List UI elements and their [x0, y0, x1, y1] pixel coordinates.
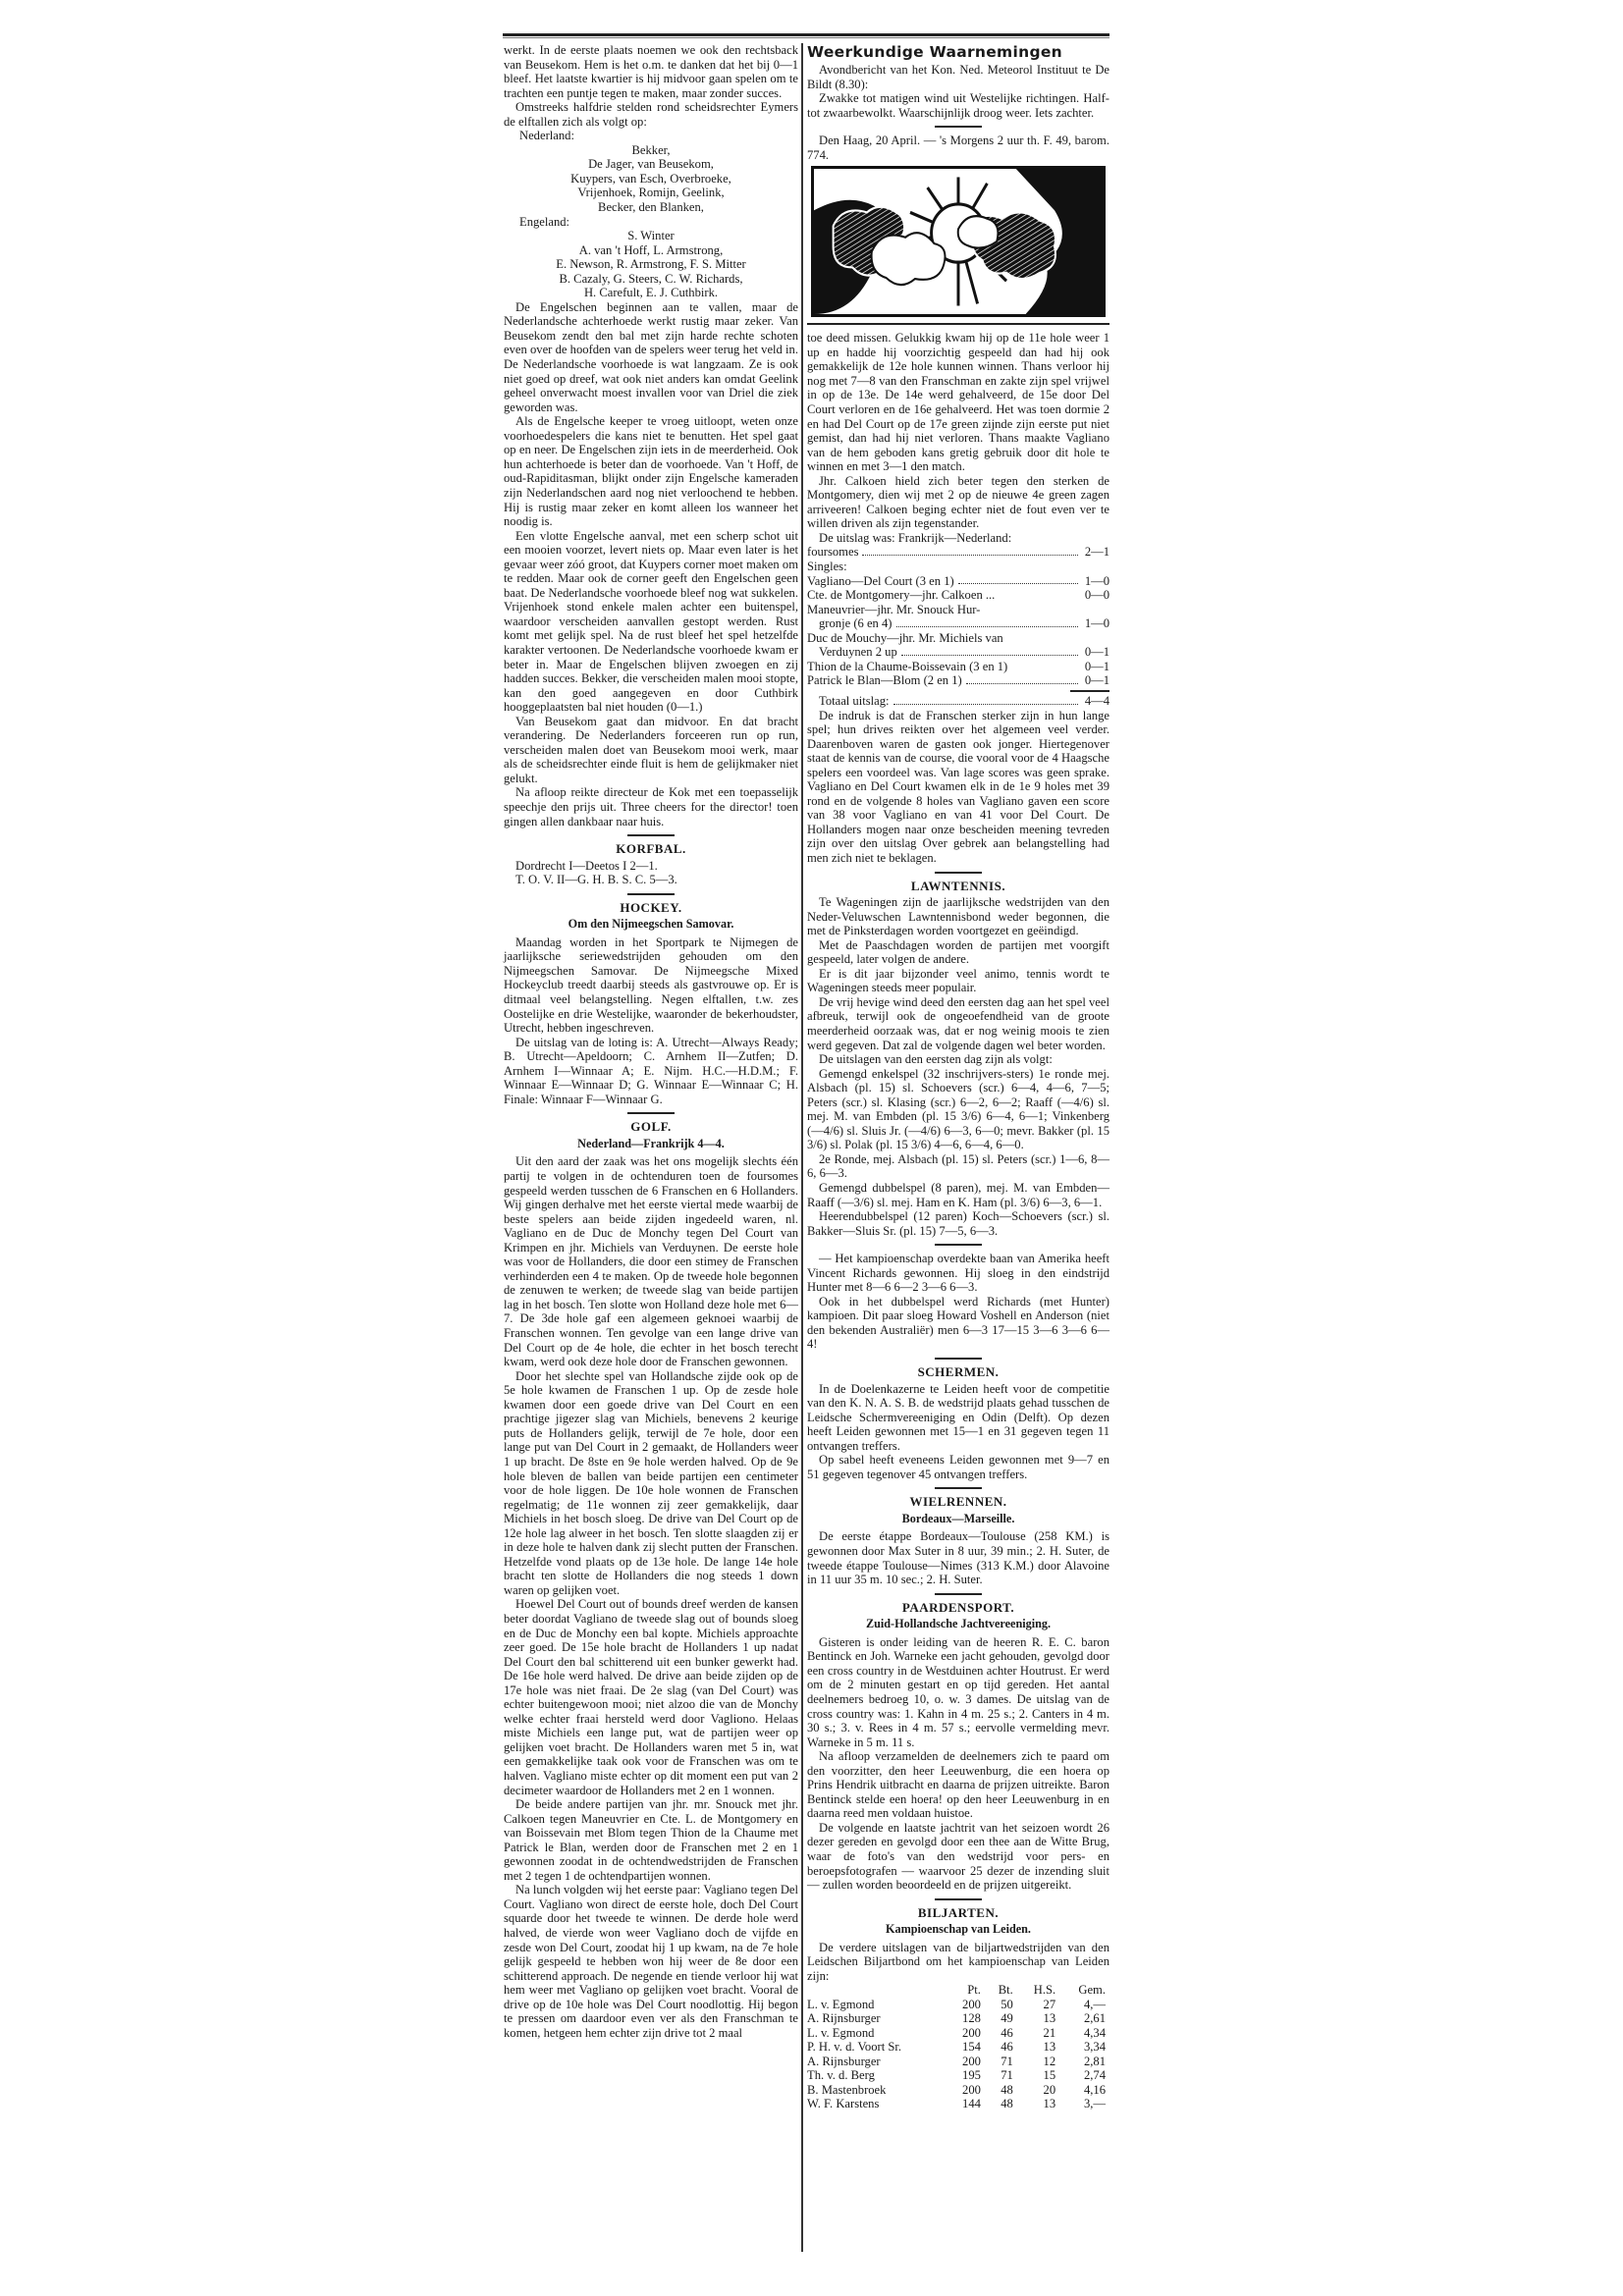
- weather-title: Weerkundige Waarnemingen: [807, 43, 1109, 61]
- player-name-cell: A. Rijnsburger: [807, 2055, 947, 2069]
- stat-cell: 3,—: [1059, 2097, 1109, 2111]
- lineup-nederland: Bekker, De Jager, van Beusekom, Kuypers,…: [504, 143, 798, 215]
- paragraph: Op sabel heeft eveneens Leiden gewonnen …: [807, 1453, 1109, 1481]
- table-row: Th. v. d. Berg19571152,74: [807, 2068, 1109, 2083]
- paragraph: toe deed missen. Gelukkig kwam hij op de…: [807, 331, 1109, 473]
- paragraph: Als de Engelsche keeper te vroeg uitloop…: [504, 414, 798, 528]
- result-label: Verduynen 2 up: [819, 645, 897, 660]
- golf-continued-section: toe deed missen. Gelukkig kwam hij op de…: [807, 331, 1109, 865]
- result-score: 1—0: [1082, 574, 1109, 589]
- lineup-line: H. Carefult, E. J. Cuthbirk.: [504, 286, 798, 300]
- top-rule: [503, 33, 1109, 36]
- table-row: A. Rijnsburger20071122,81: [807, 2055, 1109, 2069]
- lineup-line: E. Newson, R. Armstrong, F. S. Mitter: [504, 257, 798, 272]
- paragraph: Omstreeks halfdrie stelden rond scheidsr…: [504, 100, 798, 129]
- right-column: Weerkundige Waarnemingen Avondbericht va…: [807, 43, 1109, 2111]
- section-rule: [935, 872, 982, 874]
- stat-cell: 200: [947, 2083, 985, 2098]
- lineup-line: A. van 't Hoff, L. Armstrong,: [504, 243, 798, 258]
- paragraph: De Engelschen beginnen aan te vallen, ma…: [504, 300, 798, 414]
- section-subheading: Nederland—Frankrijk 4—4.: [504, 1137, 798, 1151]
- paragraph: De uitslag van de loting is: A. Utrecht—…: [504, 1036, 798, 1107]
- section-rule: [935, 1244, 982, 1246]
- result-row: Vagliano—Del Court (3 en 1)1—0: [807, 574, 1109, 589]
- leader-dots: [901, 645, 1078, 656]
- stat-cell: 12: [1017, 2055, 1059, 2069]
- newspaper-page: werkt. In de eerste plaats noemen we ook…: [501, 29, 1111, 2268]
- column-divider: [801, 43, 803, 2252]
- player-name-cell: P. H. v. d. Voort Sr.: [807, 2040, 947, 2055]
- section-heading: SCHERMEN.: [807, 1365, 1109, 1380]
- result-label: Patrick le Blan—Blom (2 en 1): [807, 673, 962, 688]
- result-score: 0—1: [1082, 673, 1109, 688]
- result-label: Maneuvrier—jhr. Mr. Snouck Hur-: [807, 603, 980, 617]
- paragraph: De indruk is dat de Franschen sterker zi…: [807, 709, 1109, 866]
- result-label: Cte. de Montgomery—jhr. Calkoen ...: [807, 588, 995, 603]
- section-heading: GOLF.: [504, 1120, 798, 1135]
- player-name-cell: Th. v. d. Berg: [807, 2068, 947, 2083]
- paragraph: In de Doelenkazerne te Leiden heeft voor…: [807, 1382, 1109, 1454]
- result-row: Cte. de Montgomery—jhr. Calkoen ...0—0: [807, 588, 1109, 603]
- table-row: L. v. Egmond20050274,—: [807, 1998, 1109, 2012]
- stat-cell: 195: [947, 2068, 985, 2083]
- stat-cell: 13: [1017, 2011, 1059, 2026]
- paragraph: Er is dit jaar bijzonder veel animo, ten…: [807, 967, 1109, 995]
- paragraph: De beide andere partijen van jhr. mr. Sn…: [504, 1797, 798, 1883]
- player-name-cell: L. v. Egmond: [807, 2026, 947, 2041]
- lineup-line: Kuypers, van Esch, Overbroeke,: [504, 172, 798, 187]
- paragraph: Van Beusekom gaat dan midvoor. En dat br…: [504, 715, 798, 786]
- section-subheading: Zuid-Hollandsche Jachtvereeniging.: [807, 1617, 1109, 1631]
- result-row: Verduynen 2 up0—1: [807, 645, 1109, 660]
- result-score: 1—0: [1082, 616, 1109, 631]
- paragraph: werkt. In de eerste plaats noemen we ook…: [504, 43, 798, 100]
- stat-cell: 4,34: [1059, 2026, 1109, 2041]
- result-score: 0—1: [1082, 660, 1109, 674]
- paragraph: Heerendubbelspel (12 paren) Koch—Schoeve…: [807, 1209, 1109, 1238]
- table-row: A. Rijnsburger12849132,61: [807, 2011, 1109, 2026]
- section-rule: [627, 1112, 675, 1114]
- weather-section: Weerkundige Waarnemingen Avondbericht va…: [807, 43, 1109, 325]
- stat-cell: 4,—: [1059, 1998, 1109, 2012]
- column-header: Gem.: [1059, 1983, 1109, 1998]
- player-name-cell: B. Mastenbroek: [807, 2083, 947, 2098]
- leader-dots: [893, 694, 1078, 705]
- column-header: Bt.: [985, 1983, 1017, 1998]
- stat-cell: 50: [985, 1998, 1017, 2012]
- table-body: L. v. Egmond20050274,—A. Rijnsburger1284…: [807, 1998, 1109, 2111]
- leader-dots: [958, 574, 1078, 585]
- column-header: Pt.: [947, 1983, 985, 1998]
- total-row: Totaal uitslag:4—4: [807, 694, 1109, 709]
- leader-dots: [862, 545, 1078, 556]
- lineup-line: Bekker,: [504, 143, 798, 158]
- table-row: W. F. Karstens14448133,—: [807, 2097, 1109, 2111]
- result-row: Thion de la Chaume-Boissevain (3 en 1)0—…: [807, 660, 1109, 674]
- left-column: werkt. In de eerste plaats noemen we ook…: [504, 43, 798, 2040]
- biljarten-section: BILJARTEN. Kampioenschap van Leiden. De …: [807, 1906, 1109, 2111]
- section-rule: [935, 126, 982, 128]
- result-line: Dordrecht I—Deetos I 2—1.: [504, 859, 798, 874]
- paragraph: De volgende en laatste jachtrit van het …: [807, 1821, 1109, 1893]
- paragraph: Zwakke tot matigen wind uit Westelijke r…: [807, 91, 1109, 120]
- leader-dots: [966, 673, 1078, 684]
- table-row: B. Mastenbroek20048204,16: [807, 2083, 1109, 2098]
- stat-cell: 20: [1017, 2083, 1059, 2098]
- stat-cell: 2,61: [1059, 2011, 1109, 2026]
- paragraph: Gemengd dubbelspel (8 paren), mej. M. va…: [807, 1181, 1109, 1209]
- stat-cell: 48: [985, 2083, 1017, 2098]
- total-rule: [1070, 690, 1109, 692]
- result-label: Duc de Mouchy—jhr. Mr. Michiels van: [807, 631, 1003, 646]
- paragraph: Door het slechte spel van Hollandsche zi…: [504, 1369, 798, 1598]
- paragraph: Een vlotte Engelsche aanval, met een sch…: [504, 529, 798, 715]
- result-score: 0—1: [1082, 645, 1109, 660]
- stat-cell: 144: [947, 2097, 985, 2111]
- paragraph: Met de Paaschdagen worden de partijen me…: [807, 938, 1109, 967]
- section-heading: PAARDENSPORT.: [807, 1601, 1109, 1616]
- player-name-cell: A. Rijnsburger: [807, 2011, 947, 2026]
- biljart-results-table: Pt. Bt. H.S. Gem. L. v. Egmond20050274,—…: [807, 1983, 1109, 2111]
- result-row: Maneuvrier—jhr. Mr. Snouck Hur-: [807, 603, 1109, 617]
- section-heading: HOCKEY.: [504, 901, 798, 916]
- wielrennen-section: WIELRENNEN. Bordeaux—Marseille. De eerst…: [807, 1495, 1109, 1586]
- paragraph: Te Wageningen zijn de jaarlijksche wedst…: [807, 895, 1109, 938]
- section-subheading: Bordeaux—Marseille.: [807, 1512, 1109, 1526]
- paragraph: De verdere uitslagen van de biljartwedst…: [807, 1941, 1109, 1984]
- result-label: Thion de la Chaume-Boissevain (3 en 1): [807, 660, 1007, 674]
- paragraph: Avondbericht van het Kon. Ned. Meteorol …: [807, 63, 1109, 91]
- lawntennis-section: LAWNTENNIS. Te Wageningen zijn de jaarli…: [807, 880, 1109, 1353]
- section-rule: [627, 834, 675, 836]
- stat-cell: 4,16: [1059, 2083, 1109, 2098]
- column-header: H.S.: [1017, 1983, 1059, 1998]
- lineup-label-nederland: Nederland:: [508, 129, 798, 143]
- result-row: Patrick le Blan—Blom (2 en 1)0—1: [807, 673, 1109, 688]
- stat-cell: 3,34: [1059, 2040, 1109, 2055]
- sun-clouds-icon: [814, 169, 1103, 314]
- section-subheading: Om den Nijmeegschen Samovar.: [504, 917, 798, 932]
- stat-cell: 200: [947, 2026, 985, 2041]
- section-rule: [627, 893, 675, 895]
- weather-observation: Den Haag, 20 April. — 's Morgens 2 uur t…: [807, 133, 1109, 162]
- hockey-section: HOCKEY. Om den Nijmeegschen Samovar. Maa…: [504, 901, 798, 1107]
- paragraph: 2e Ronde, mej. Alsbach (pl. 15) sl. Pete…: [807, 1152, 1109, 1181]
- paragraph: Na afloop reikte directeur de Kok met ee…: [504, 785, 798, 828]
- result-score: 2—1: [1082, 545, 1109, 560]
- result-row: Singles:: [807, 560, 1109, 574]
- golf-section: GOLF. Nederland—Frankrijk 4—4. Uit den a…: [504, 1120, 798, 2040]
- result-row: foursomes2—1: [807, 545, 1109, 560]
- lineup-line: Becker, den Blanken,: [504, 200, 798, 215]
- korfbal-section: KORFBAL. Dordrecht I—Deetos I 2—1. T. O.…: [504, 842, 798, 887]
- lineup-label-engeland: Engeland:: [508, 215, 798, 230]
- weather-illustration: [811, 166, 1106, 317]
- column-header: [807, 1983, 947, 1998]
- player-name-cell: L. v. Egmond: [807, 1998, 947, 2012]
- paragraph: Gemengd enkelspel (32 inschrijvers-sters…: [807, 1067, 1109, 1152]
- stat-cell: 15: [1017, 2068, 1059, 2083]
- table-row: L. v. Egmond20046214,34: [807, 2026, 1109, 2041]
- section-heading: BILJARTEN.: [807, 1906, 1109, 1921]
- section-rule: [935, 1898, 982, 1900]
- stat-cell: 71: [985, 2055, 1017, 2069]
- section-rule-full: [807, 323, 1109, 325]
- stat-cell: 46: [985, 2040, 1017, 2055]
- result-label: foursomes: [807, 545, 858, 560]
- paragraph: De eerste étappe Bordeaux—Toulouse (258 …: [807, 1529, 1109, 1586]
- golf-results: foursomes2—1 Singles: Vagliano—Del Court…: [807, 545, 1109, 708]
- result-score: 0—0: [1082, 588, 1109, 603]
- table-header-row: Pt. Bt. H.S. Gem.: [807, 1983, 1109, 1998]
- section-rule: [935, 1487, 982, 1489]
- paragraph: Na afloop verzamelden de deelnemers zich…: [807, 1749, 1109, 1821]
- lineup-engeland: S. Winter A. van 't Hoff, L. Armstrong, …: [504, 229, 798, 300]
- player-name-cell: W. F. Karstens: [807, 2097, 947, 2111]
- stat-cell: 200: [947, 2055, 985, 2069]
- lineup-line: B. Cazaly, G. Steers, C. W. Richards,: [504, 272, 798, 287]
- stat-cell: 154: [947, 2040, 985, 2055]
- paragraph: — Het kampioenschap overdekte baan van A…: [807, 1252, 1109, 1295]
- leader-dots: [896, 616, 1079, 627]
- paragraph: Maandag worden in het Sportpark te Nijme…: [504, 935, 798, 1036]
- stat-cell: 13: [1017, 2040, 1059, 2055]
- stat-cell: 2,81: [1059, 2055, 1109, 2069]
- result-line: T. O. V. II—G. H. B. S. C. 5—3.: [504, 873, 798, 887]
- paragraph: Na lunch volgden wij het eerste paar: Va…: [504, 1883, 798, 2040]
- lineup-line: De Jager, van Beusekom,: [504, 157, 798, 172]
- results-intro: De uitslag was: Frankrijk—Nederland:: [807, 531, 1109, 546]
- result-row: gronje (6 en 4)1—0: [807, 616, 1109, 631]
- paragraph: Ook in het dubbelspel werd Richards (met…: [807, 1295, 1109, 1352]
- table-row: P. H. v. d. Voort Sr.15446133,34: [807, 2040, 1109, 2055]
- stat-cell: 49: [985, 2011, 1017, 2026]
- section-heading: LAWNTENNIS.: [807, 880, 1109, 894]
- section-rule: [935, 1593, 982, 1595]
- result-label: gronje (6 en 4): [819, 616, 893, 631]
- stat-cell: 200: [947, 1998, 985, 2012]
- stat-cell: 128: [947, 2011, 985, 2026]
- total-score: 4—4: [1082, 694, 1109, 709]
- lineup-line: Vrijenhoek, Romijn, Geelink,: [504, 186, 798, 200]
- paragraph: Uit den aard der zaak was het ons mogeli…: [504, 1154, 798, 1368]
- paragraph: Hoewel Del Court out of bounds dreef wer…: [504, 1597, 798, 1797]
- result-label: Vagliano—Del Court (3 en 1): [807, 574, 954, 589]
- stat-cell: 48: [985, 2097, 1017, 2111]
- football-report: werkt. In de eerste plaats noemen we ook…: [504, 43, 798, 828]
- section-heading: WIELRENNEN.: [807, 1495, 1109, 1510]
- result-row: Duc de Mouchy—jhr. Mr. Michiels van: [807, 631, 1109, 646]
- schermen-section: SCHERMEN. In de Doelenkazerne te Leiden …: [807, 1365, 1109, 1481]
- total-label: Totaal uitslag:: [819, 694, 890, 709]
- stat-cell: 71: [985, 2068, 1017, 2083]
- paragraph: Gisteren is onder leiding van de heeren …: [807, 1635, 1109, 1749]
- top-rule-thin: [503, 37, 1109, 38]
- stat-cell: 21: [1017, 2026, 1059, 2041]
- stat-cell: 27: [1017, 1998, 1059, 2012]
- stat-cell: 2,74: [1059, 2068, 1109, 2083]
- stat-cell: 46: [985, 2026, 1017, 2041]
- lineup-line: S. Winter: [504, 229, 798, 243]
- section-heading: KORFBAL.: [504, 842, 798, 857]
- stat-cell: 13: [1017, 2097, 1059, 2111]
- result-label: Singles:: [807, 560, 847, 574]
- section-rule: [935, 1358, 982, 1360]
- paragraph: De uitslagen van den eersten dag zijn al…: [807, 1052, 1109, 1067]
- paragraph: De vrij hevige wind deed den eersten dag…: [807, 995, 1109, 1052]
- paardensport-section: PAARDENSPORT. Zuid-Hollandsche Jachtvere…: [807, 1601, 1109, 1893]
- section-subheading: Kampioenschap van Leiden.: [807, 1922, 1109, 1937]
- paragraph: Jhr. Calkoen hield zich beter tegen den …: [807, 474, 1109, 531]
